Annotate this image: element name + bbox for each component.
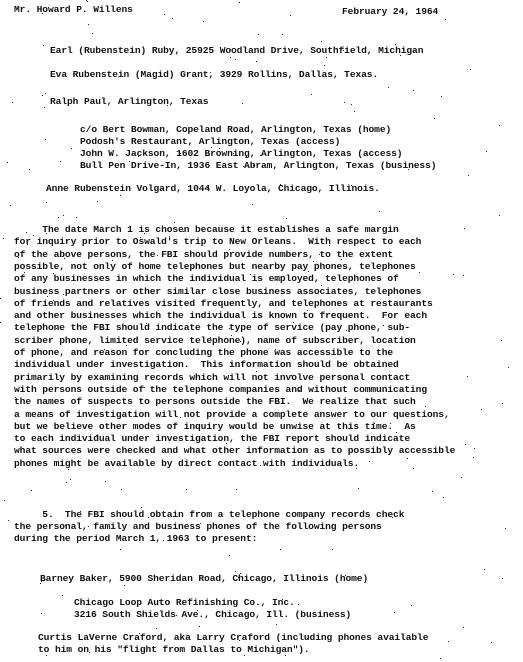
paragraph-line: primarily by examining records which wil… bbox=[14, 372, 410, 384]
paragraph-line: the names of suspects to persons outside… bbox=[14, 396, 416, 408]
paragraph-line: The date March 1 is chosen because it es… bbox=[14, 224, 399, 236]
paragraph-line: of friends and relatives visited frequen… bbox=[14, 298, 433, 310]
paragraph-line: what sources were checked and what other… bbox=[14, 445, 455, 457]
paragraph-line: to each individual under investigation, … bbox=[14, 433, 410, 445]
paragraph-line: scriber phone, limited service telephone… bbox=[14, 335, 416, 347]
person-curtis-craford-cont: to him on his "flight from Dallas to Mic… bbox=[38, 644, 310, 656]
paragraph-line: of phone, and reason for concluding the … bbox=[14, 347, 393, 359]
paragraph-line: phones might be available by direct cont… bbox=[14, 458, 359, 470]
business-address: 3216 South Shields Ave., Chicago, Ill. (… bbox=[74, 609, 351, 621]
person-anne-volgard: Anne Rubenstein Volgard, 1044 W. Loyola,… bbox=[46, 183, 380, 195]
person-ralph-paul: Ralph Paul, Arlington, Texas bbox=[50, 96, 208, 108]
paragraph-line: during the period March 1, 1963 to prese… bbox=[14, 533, 257, 545]
paragraph-line: with persons outside of the telephone co… bbox=[14, 384, 427, 396]
paragraph-line: the personal, family and business phones… bbox=[14, 521, 382, 533]
paragraph-line: 5. The FBI should obtain from a telephon… bbox=[14, 509, 404, 521]
ralph-phone-business: Bull Pen Drive-In, 1936 East Abram, Arli… bbox=[80, 160, 436, 172]
ralph-phone-access-2: John W. Jackson, 1602 Browning, Arlingto… bbox=[80, 148, 402, 160]
date-line: February 24, 1964 bbox=[342, 6, 438, 18]
paragraph-line: business partners or other similar close… bbox=[14, 286, 421, 298]
paragraph-line: and other businesses which the individua… bbox=[14, 310, 427, 322]
paragraph-line: for inquiry prior to Oswald's trip to Ne… bbox=[14, 236, 421, 248]
business-chicago-loop: Chicago Loop Auto Refinishing Co., Inc. bbox=[74, 597, 295, 609]
recipient-line: Mr. Howard P. Willens bbox=[14, 4, 133, 16]
person-eva-grant: Eva Rubenstein (Magid) Grant, 3929 Rolli… bbox=[50, 69, 378, 81]
person-curtis-craford: Curtis LaVerne Craford, aka Larry Crafor… bbox=[38, 632, 428, 644]
person-barney-baker: Barney Baker, 5900 Sheridan Road, Chicag… bbox=[40, 573, 368, 585]
paragraph-line: a means of investigation will not provid… bbox=[14, 409, 450, 421]
paragraph-line: possible, not only of home telephones bu… bbox=[14, 261, 416, 273]
paragraph-line: individual under investigation. This inf… bbox=[14, 359, 399, 371]
document-page: Mr. Howard P. Willens February 24, 1964 … bbox=[0, 0, 523, 662]
ralph-phone-home: c/o Bert Bowman, Copeland Road, Arlingto… bbox=[80, 124, 391, 136]
paragraph-line: telephone the FBI should indicate the ty… bbox=[14, 322, 410, 334]
person-earl-ruby: Earl (Rubenstein) Ruby, 25925 Woodland D… bbox=[50, 45, 423, 57]
paragraph-line: of the above persons, the FBI should pro… bbox=[14, 249, 393, 261]
paragraph-line: but we believe other modes of inquiry wo… bbox=[14, 421, 416, 433]
paragraph-line: of any businesses in which the individua… bbox=[14, 273, 399, 285]
